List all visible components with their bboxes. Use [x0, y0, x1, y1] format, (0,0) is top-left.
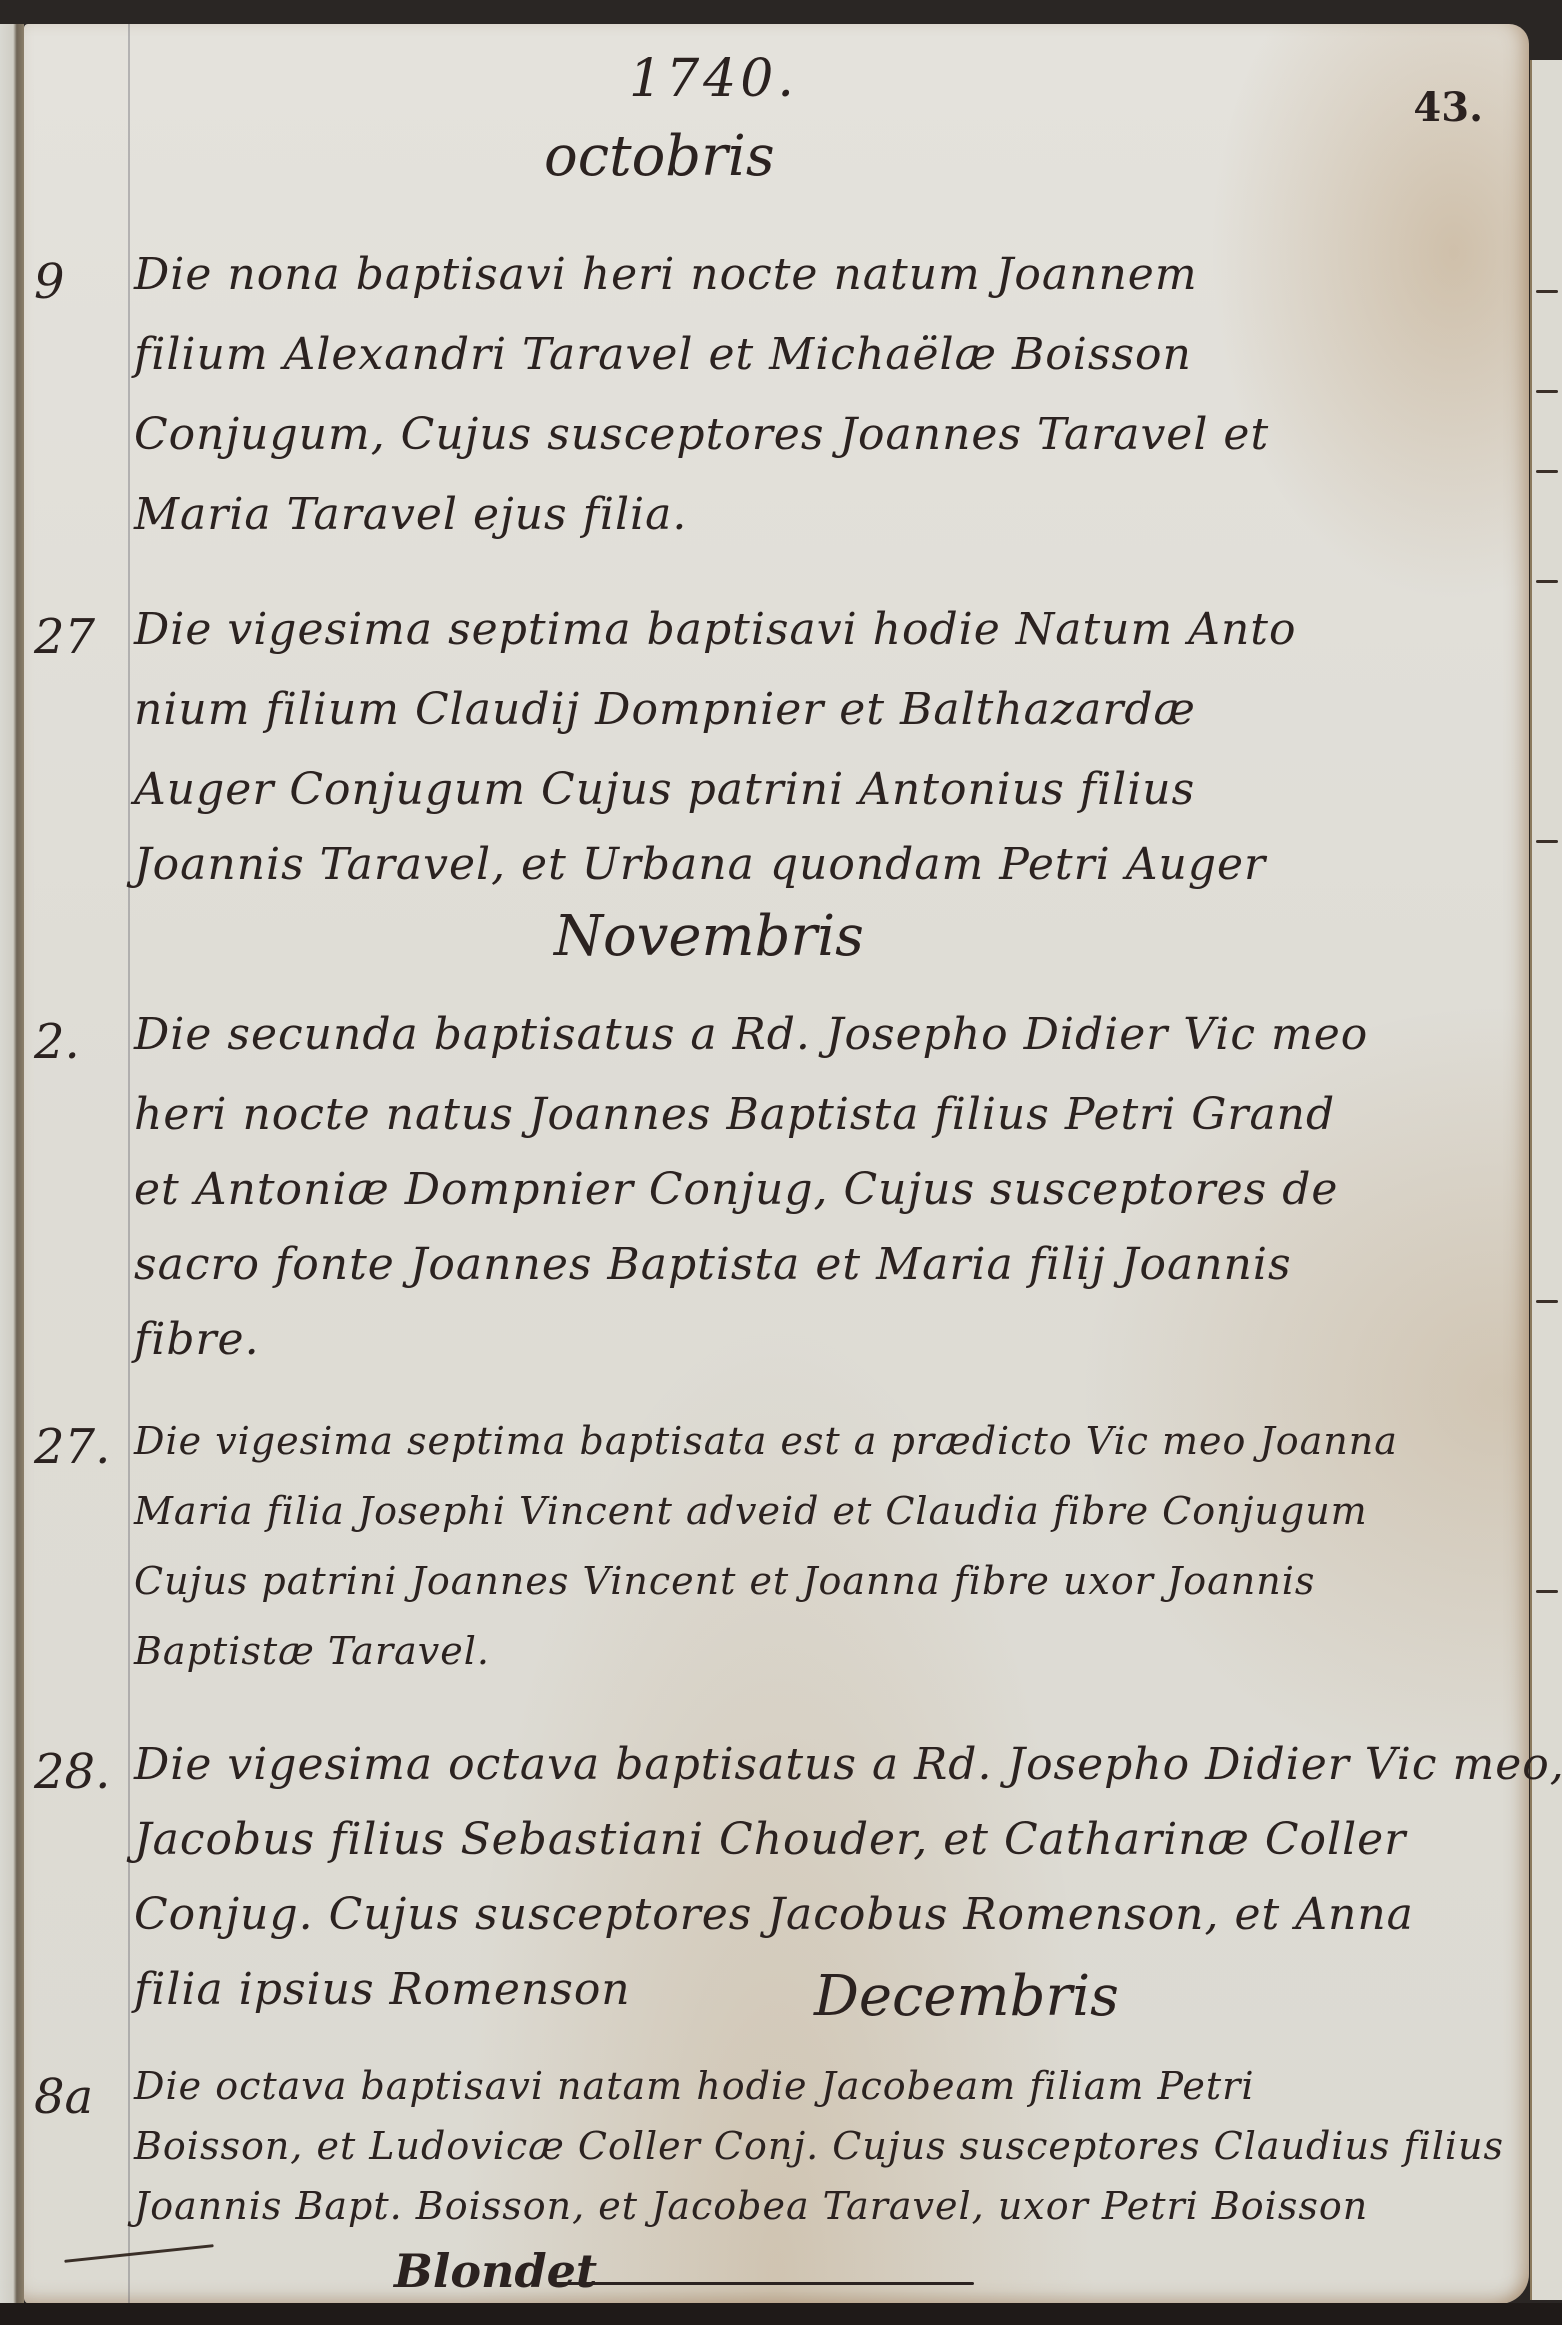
- entry-day: 2.: [34, 1014, 80, 1070]
- entry-day: 27: [34, 609, 95, 665]
- closing-rule: [64, 2244, 213, 2263]
- entry-line: Die secunda baptisatus a Rd. Josepho Did…: [134, 1009, 1368, 1060]
- month-heading-october: octobris: [544, 124, 775, 189]
- entry-line: heri nocte natus Joannes Baptista filius…: [134, 1089, 1335, 1140]
- entry-line: filium Alexandri Taravel et Michaëlæ Boi…: [134, 329, 1192, 380]
- entry-line: Die octava baptisavi natam hodie Jacobea…: [134, 2064, 1255, 2108]
- entry-line: nium filium Claudij Dompnier et Balthaza…: [134, 684, 1196, 735]
- signature-flourish: [554, 2282, 974, 2285]
- ink-mark: [1536, 840, 1558, 843]
- previous-page-edge: [0, 24, 24, 2324]
- ink-mark: [1536, 580, 1558, 583]
- year-heading: 1740.: [629, 49, 798, 109]
- entry-day: 9: [34, 254, 65, 310]
- register-page: 1740. 43. octobris 9 Die nona baptisavi …: [24, 24, 1529, 2304]
- entry-line: Joannis Taravel, et Urbana quondam Petri…: [134, 839, 1266, 890]
- entry-line: Die vigesima septima baptisavi hodie Nat…: [134, 604, 1296, 655]
- month-heading-november: Novembris: [554, 904, 864, 969]
- entry-line: Auger Conjugum Cujus patrini Antonius fi…: [134, 764, 1195, 815]
- month-heading-december: Decembris: [814, 1964, 1119, 2029]
- margin-rule: [128, 24, 130, 2304]
- entry-line: Cujus patrini Joannes Vincent et Joanna …: [134, 1559, 1315, 1603]
- entry-line: Conjug. Cujus susceptores Jacobus Romens…: [134, 1889, 1414, 1940]
- entry-day: 28.: [34, 1744, 110, 1800]
- entry-line: sacro fonte Joannes Baptista et Maria fi…: [134, 1239, 1292, 1290]
- ink-mark: [1536, 390, 1558, 393]
- entry-line: Die nona baptisavi heri nocte natum Joan…: [134, 249, 1198, 300]
- entry-line: Joannis Bapt. Boisson, et Jacobea Tarave…: [134, 2184, 1368, 2228]
- entry-day: 27.: [34, 1419, 110, 1475]
- ink-mark: [1536, 1590, 1558, 1593]
- scan-background: [0, 2303, 1562, 2325]
- entry-line: Conjugum, Cujus susceptores Joannes Tara…: [134, 409, 1269, 460]
- entry-line: Jacobus filius Sebastiani Chouder, et Ca…: [134, 1814, 1406, 1865]
- entry-line: Baptistæ Taravel.: [134, 1629, 490, 1673]
- entry-line: et Antoniæ Dompnier Conjug, Cujus suscep…: [134, 1164, 1338, 1215]
- entry-line: Boisson, et Ludovicæ Coller Conj. Cujus …: [134, 2124, 1504, 2168]
- entry-line: Die vigesima octava baptisatus a Rd. Jos…: [134, 1739, 1562, 1790]
- entry-line: Maria filia Josephi Vincent adveid et Cl…: [134, 1489, 1368, 1533]
- entry-line: fibre.: [134, 1314, 260, 1365]
- entry-line: Die vigesima septima baptisata est a præ…: [134, 1419, 1398, 1463]
- ink-mark: [1536, 1300, 1558, 1303]
- entry-day: 8a: [34, 2069, 93, 2125]
- ink-mark: [1536, 470, 1558, 473]
- page-number: 43.: [1413, 84, 1483, 131]
- entry-line: Maria Taravel ejus filia.: [134, 489, 687, 540]
- entry-line: filia ipsius Romenson: [134, 1964, 631, 2015]
- next-page-edge: [1530, 60, 1562, 2300]
- ink-mark: [1536, 290, 1558, 293]
- priest-signature: Blondet: [394, 2244, 597, 2298]
